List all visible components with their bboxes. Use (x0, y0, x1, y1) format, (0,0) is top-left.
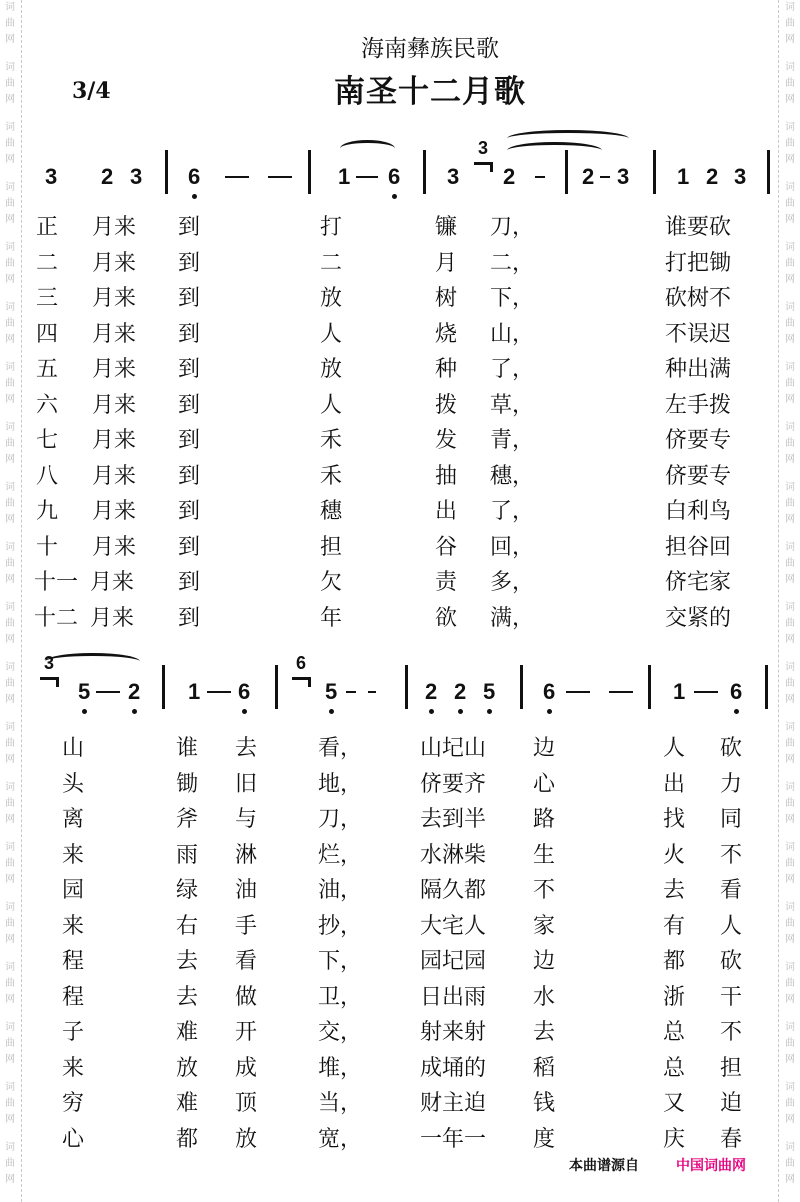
lyric-row: 二月来到二月二，打把锄 (0, 246, 800, 280)
lyric-cell: 砍 (720, 731, 742, 762)
lyric-row: 四月来到人烧山，不误迟 (0, 317, 800, 351)
sustain-dash (96, 691, 120, 693)
lyric-row: 离斧与刀，去到半路找同 (0, 802, 800, 836)
note: 6 (188, 164, 200, 190)
sustain-dash (368, 691, 376, 693)
lyric-row: 十二月来到年欲满，交紧的 (0, 601, 800, 635)
lyric-cell: 路 (533, 802, 555, 833)
lyric-cell: 离 (62, 802, 84, 833)
lyric-cell: 九 (36, 494, 58, 525)
lyric-cell: 边 (533, 731, 555, 762)
sustain-dash (694, 691, 718, 693)
lyric-cell: 欠 (320, 565, 342, 596)
lyric-cell: 人 (720, 909, 742, 940)
note: 6 (238, 679, 250, 705)
lyric-row: 五月来到放种了，种出满 (0, 352, 800, 386)
barline (767, 150, 770, 194)
barline (653, 150, 656, 194)
barline (765, 665, 768, 709)
lyric-row: 六月来到人拨草，左手拨 (0, 388, 800, 422)
lyric-cell: 谁要砍 (665, 210, 731, 241)
note: 3 (447, 164, 459, 190)
lyric-cell: 白利鸟 (665, 494, 731, 525)
lyric-cell: 放 (320, 281, 342, 312)
lyric-cell: 不 (533, 873, 555, 904)
lyric-cell: 三 (36, 281, 58, 312)
low-octave-dot (192, 194, 197, 199)
note: 2 (706, 164, 718, 190)
lyric-cell: 刀， (318, 802, 362, 833)
lyric-cell: 月来 (90, 601, 134, 632)
low-octave-dot (487, 709, 492, 714)
lyric-cell: 去 (176, 980, 198, 1011)
lyric-cell: 青， (490, 423, 534, 454)
low-octave-dot (392, 194, 397, 199)
note: 6 (730, 679, 742, 705)
lyric-row: 程去看下，园圮园边都砍 (0, 944, 800, 978)
lyric-cell: 侪要齐 (420, 767, 486, 798)
lyric-cell: 钱 (533, 1086, 555, 1117)
lyric-cell: 穗 (320, 494, 342, 525)
lyric-cell: 打 (320, 210, 342, 241)
lyric-cell: 月来 (92, 281, 136, 312)
lyric-row: 穷难顶当，财主迫钱又迫 (0, 1086, 800, 1120)
lyric-cell: 庆 (663, 1122, 685, 1153)
grace-hook (40, 677, 59, 687)
lyric-cell: 刀， (490, 210, 534, 241)
lyric-cell: 心 (533, 767, 555, 798)
lyric-cell: 子 (62, 1015, 84, 1046)
lyric-cell: 绿 (176, 873, 198, 904)
barline (648, 665, 651, 709)
lyric-cell: 来 (62, 909, 84, 940)
lyric-cell: 到 (178, 423, 200, 454)
lyric-cell: 到 (178, 246, 200, 277)
lyric-row: 头锄旧地，侪要齐心出力 (0, 767, 800, 801)
lyric-cell: 到 (178, 459, 200, 490)
lyric-cell: 人 (663, 731, 685, 762)
lyric-cell: 顶 (235, 1086, 257, 1117)
lyric-cell: 十 (36, 530, 58, 561)
lyric-cell: 看 (235, 944, 257, 975)
lyric-cell: 禾 (320, 423, 342, 454)
lyric-row: 子难开交，射来射去总不 (0, 1015, 800, 1049)
lyric-cell: 禾 (320, 459, 342, 490)
lyric-cell: 谁 (176, 731, 198, 762)
note: 5 (78, 679, 90, 705)
sustain-dash (207, 691, 231, 693)
lyric-cell: 卫， (318, 980, 362, 1011)
lyric-cell: 大宅人 (420, 909, 486, 940)
lyric-cell: 二， (490, 246, 534, 277)
lyric-row: 正月来到打镰刀，谁要砍 (0, 210, 800, 244)
note: 1 (677, 164, 689, 190)
lyric-cell: 回， (490, 530, 534, 561)
lyric-row: 山谁去看，山圮山边人砍 (0, 731, 800, 765)
notation-system-1: 32361632231233 (0, 160, 800, 210)
lyric-cell: 总 (663, 1051, 685, 1082)
lyric-cell: 生 (533, 838, 555, 869)
lyric-cell: 手 (235, 909, 257, 940)
low-octave-dot (132, 709, 137, 714)
lyric-row: 十月来到担谷回，担谷回 (0, 530, 800, 564)
note: 2 (454, 679, 466, 705)
lyric-cell: 春 (720, 1122, 742, 1153)
lyric-cell: 去 (663, 873, 685, 904)
lyric-cell: 了， (490, 494, 534, 525)
lyric-cell: 斧 (176, 802, 198, 833)
lyric-cell: 力 (720, 767, 742, 798)
slur (340, 140, 395, 157)
note: 1 (673, 679, 685, 705)
lyric-cell: 家 (533, 909, 555, 940)
low-octave-dot (82, 709, 87, 714)
lyric-cell: 担谷回 (665, 530, 731, 561)
lyric-cell: 油， (318, 873, 362, 904)
lyric-cell: 园圮园 (420, 944, 486, 975)
lyric-cell: 来 (62, 838, 84, 869)
note: 1 (338, 164, 350, 190)
lyric-cell: 不 (720, 1015, 742, 1046)
lyric-cell: 看， (318, 731, 362, 762)
note: 2 (101, 164, 113, 190)
lyric-row: 七月来到禾发青，侪要专 (0, 423, 800, 457)
barline (423, 150, 426, 194)
lyric-cell: 月来 (92, 317, 136, 348)
lyric-cell: 月来 (92, 423, 136, 454)
lyric-cell: 山， (490, 317, 534, 348)
low-octave-dot (458, 709, 463, 714)
lyric-cell: 人 (320, 388, 342, 419)
lyric-cell: 二 (320, 246, 342, 277)
source-label: 本曲谱源自 (569, 1155, 639, 1175)
lyric-cell: 到 (178, 530, 200, 561)
lyric-cell: 下， (490, 281, 534, 312)
lyric-cell: 月来 (90, 565, 134, 596)
barline (165, 150, 168, 194)
lyric-cell: 山圮山 (420, 731, 486, 762)
barline (275, 665, 278, 709)
lyric-cell: 去 (533, 1015, 555, 1046)
lyric-cell: 出 (663, 767, 685, 798)
lyric-cell: 找 (663, 802, 685, 833)
lyric-cell: 种出满 (665, 352, 731, 383)
lyric-cell: 当， (318, 1086, 362, 1117)
lyric-cell: 人 (320, 317, 342, 348)
lyric-cell: 八 (36, 459, 58, 490)
grace-hook (292, 677, 311, 687)
song-origin-subtitle: 海南彝族民歌 (0, 30, 800, 63)
lyric-cell: 堆， (318, 1051, 362, 1082)
lyric-row: 三月来到放树下，砍树不 (0, 281, 800, 315)
lyric-cell: 雨 (176, 838, 198, 869)
lyric-cell: 种 (435, 352, 457, 383)
lyric-cell: 难 (176, 1086, 198, 1117)
grace-hook (474, 162, 493, 172)
lyric-cell: 月来 (92, 494, 136, 525)
lyric-cell: 侪要专 (665, 423, 731, 454)
lyric-cell: 放 (176, 1051, 198, 1082)
lyric-cell: 日出雨 (420, 980, 486, 1011)
sustain-dash (535, 176, 545, 178)
lyric-cell: 稻 (533, 1051, 555, 1082)
lyric-cell: 侪宅家 (665, 565, 731, 596)
low-octave-dot (429, 709, 434, 714)
lyric-cell: 做 (235, 980, 257, 1011)
lyric-cell: 干 (720, 980, 742, 1011)
low-octave-dot (734, 709, 739, 714)
sustain-dash (346, 691, 356, 693)
lyric-row: 九月来到穗出了，白利鸟 (0, 494, 800, 528)
lyric-cell: 七 (36, 423, 58, 454)
lyric-cell: 宽， (318, 1122, 362, 1153)
lyric-cell: 园 (62, 873, 84, 904)
barline (405, 665, 408, 709)
lyric-cell: 交， (318, 1015, 362, 1046)
lyric-cell: 去 (176, 944, 198, 975)
barline (162, 665, 165, 709)
lyric-cell: 度 (533, 1122, 555, 1153)
lyric-cell: 侪要专 (665, 459, 731, 490)
lyric-cell: 都 (663, 944, 685, 975)
lyric-cell: 树 (435, 281, 457, 312)
lyric-cell: 到 (178, 494, 200, 525)
lyric-cell: 放 (235, 1122, 257, 1153)
lyric-cell: 射来射 (420, 1015, 486, 1046)
lyric-cell: 砍树不 (665, 281, 731, 312)
sustain-dash (268, 176, 292, 178)
lyric-cell: 去到半 (420, 802, 486, 833)
lyric-cell: 开 (235, 1015, 257, 1046)
lyric-cell: 多， (490, 565, 534, 596)
source-brand-link[interactable]: 中国词曲网 (676, 1155, 746, 1175)
lyric-cell: 财主迫 (420, 1086, 486, 1117)
lyric-cell: 隔久都 (420, 873, 486, 904)
lyric-cell: 心 (62, 1122, 84, 1153)
note: 2 (582, 164, 594, 190)
sustain-dash (609, 691, 633, 693)
sustain-dash (225, 176, 249, 178)
lyric-cell: 程 (62, 944, 84, 975)
lyric-cell: 到 (178, 388, 200, 419)
lyric-cell: 油 (235, 873, 257, 904)
lyric-cell: 总 (663, 1015, 685, 1046)
slur (45, 653, 140, 670)
lyric-cell: 山 (62, 731, 84, 762)
lyric-cell: 发 (435, 423, 457, 454)
lyric-cell: 右 (176, 909, 198, 940)
lyric-cell: 都 (176, 1122, 198, 1153)
lyric-cell: 穗， (490, 459, 534, 490)
lyric-cell: 水 (533, 980, 555, 1011)
lyric-cell: 六 (36, 388, 58, 419)
lyric-cell: 月来 (92, 530, 136, 561)
lyric-cell: 左手拨 (665, 388, 731, 419)
lyric-cell: 月 (435, 246, 457, 277)
lyric-row: 来放成堆，成埇的稻总担 (0, 1051, 800, 1085)
lyric-cell: 砍 (720, 944, 742, 975)
lyric-cell: 去 (235, 731, 257, 762)
lyric-cell: 穷 (62, 1086, 84, 1117)
lyric-cell: 月来 (92, 388, 136, 419)
lyric-cell: 火 (663, 838, 685, 869)
lyric-row: 程去做卫，日出雨水浙干 (0, 980, 800, 1014)
lyric-row: 心都放宽，一年一度庆春 (0, 1122, 800, 1156)
lyric-cell: 月来 (92, 210, 136, 241)
lyric-cell: 到 (178, 317, 200, 348)
note: 3 (130, 164, 142, 190)
note: 5 (325, 679, 337, 705)
lyric-row: 十一月来到欠责多，侪宅家 (0, 565, 800, 599)
lyric-cell: 年 (320, 601, 342, 632)
lyric-cell: 到 (178, 352, 200, 383)
lyric-cell: 担 (720, 1051, 742, 1082)
low-octave-dot (329, 709, 334, 714)
lyric-cell: 了， (490, 352, 534, 383)
lyric-cell: 担 (320, 530, 342, 561)
sustain-dash (356, 176, 378, 178)
lyric-cell: 到 (178, 281, 200, 312)
lyric-cell: 月来 (92, 459, 136, 490)
lyric-cell: 二 (36, 246, 58, 277)
lyric-cell: 不误迟 (665, 317, 731, 348)
lyric-row: 来右手抄，大宅人家有人 (0, 909, 800, 943)
lyric-cell: 镰 (435, 210, 457, 241)
lyric-cell: 十二 (34, 601, 78, 632)
lyric-cell: 到 (178, 601, 200, 632)
lyric-cell: 头 (62, 767, 84, 798)
note: 6 (543, 679, 555, 705)
lyric-cell: 看 (720, 873, 742, 904)
note: 2 (128, 679, 140, 705)
low-octave-dot (242, 709, 247, 714)
note: 6 (388, 164, 400, 190)
lyric-cell: 月来 (92, 246, 136, 277)
lyric-cell: 交紧的 (665, 601, 731, 632)
lyric-cell: 到 (178, 565, 200, 596)
lyric-cell: 一年一 (420, 1122, 486, 1153)
lyric-cell: 满， (490, 601, 534, 632)
grace-note: 3 (478, 138, 488, 159)
barline (308, 150, 311, 194)
note: 2 (425, 679, 437, 705)
lyric-row: 八月来到禾抽穗，侪要专 (0, 459, 800, 493)
lyric-cell: 放 (320, 352, 342, 383)
note: 5 (483, 679, 495, 705)
lyric-cell: 到 (178, 210, 200, 241)
lyric-cell: 成 (235, 1051, 257, 1082)
lyric-cell: 谷 (435, 530, 457, 561)
lyric-row: 来雨淋烂，水淋柴生火不 (0, 838, 800, 872)
lyric-cell: 程 (62, 980, 84, 1011)
lyric-cell: 草， (490, 388, 534, 419)
lyric-cell: 与 (235, 802, 257, 833)
lyric-cell: 抄， (318, 909, 362, 940)
lyric-cell: 四 (36, 317, 58, 348)
lyric-cell: 锄 (176, 767, 198, 798)
lyric-cell: 来 (62, 1051, 84, 1082)
lyric-cell: 又 (663, 1086, 685, 1117)
barline (520, 665, 523, 709)
lyric-cell: 打把锄 (665, 246, 731, 277)
lyric-cell: 下， (318, 944, 362, 975)
lyric-cell: 五 (36, 352, 58, 383)
lyric-cell: 浙 (663, 980, 685, 1011)
lyric-cell: 迫 (720, 1086, 742, 1117)
note: 3 (617, 164, 629, 190)
lyric-cell: 边 (533, 944, 555, 975)
song-title: 南圣十二月歌 (0, 66, 800, 111)
lyric-cell: 同 (720, 802, 742, 833)
lyric-cell: 水淋柴 (420, 838, 486, 869)
lyric-cell: 烂， (318, 838, 362, 869)
time-signature: 3/4 (72, 78, 111, 104)
sustain-dash (600, 176, 610, 178)
lyric-cell: 烧 (435, 317, 457, 348)
lyric-cell: 月来 (92, 352, 136, 383)
lyric-cell: 十一 (34, 565, 78, 596)
lyric-cell: 旧 (235, 767, 257, 798)
lyric-row: 园绿油油，隔久都不去看 (0, 873, 800, 907)
lyric-cell: 抽 (435, 459, 457, 490)
notation-system-2: 5216522561636 (0, 675, 800, 725)
note: 3 (734, 164, 746, 190)
lyric-cell: 地， (318, 767, 362, 798)
lyric-cell: 出 (435, 494, 457, 525)
note: 1 (188, 679, 200, 705)
lyric-cell: 成埇的 (420, 1051, 486, 1082)
note: 3 (45, 164, 57, 190)
low-octave-dot (547, 709, 552, 714)
slur (507, 142, 602, 159)
sustain-dash (566, 691, 590, 693)
lyric-cell: 不 (720, 838, 742, 869)
lyric-cell: 有 (663, 909, 685, 940)
lyric-cell: 难 (176, 1015, 198, 1046)
lyric-cell: 正 (36, 210, 58, 241)
lyric-cell: 欲 (435, 601, 457, 632)
lyric-cell: 淋 (235, 838, 257, 869)
lyric-cell: 拨 (435, 388, 457, 419)
grace-note: 6 (296, 653, 306, 674)
note: 2 (503, 164, 515, 190)
lyric-cell: 责 (435, 565, 457, 596)
